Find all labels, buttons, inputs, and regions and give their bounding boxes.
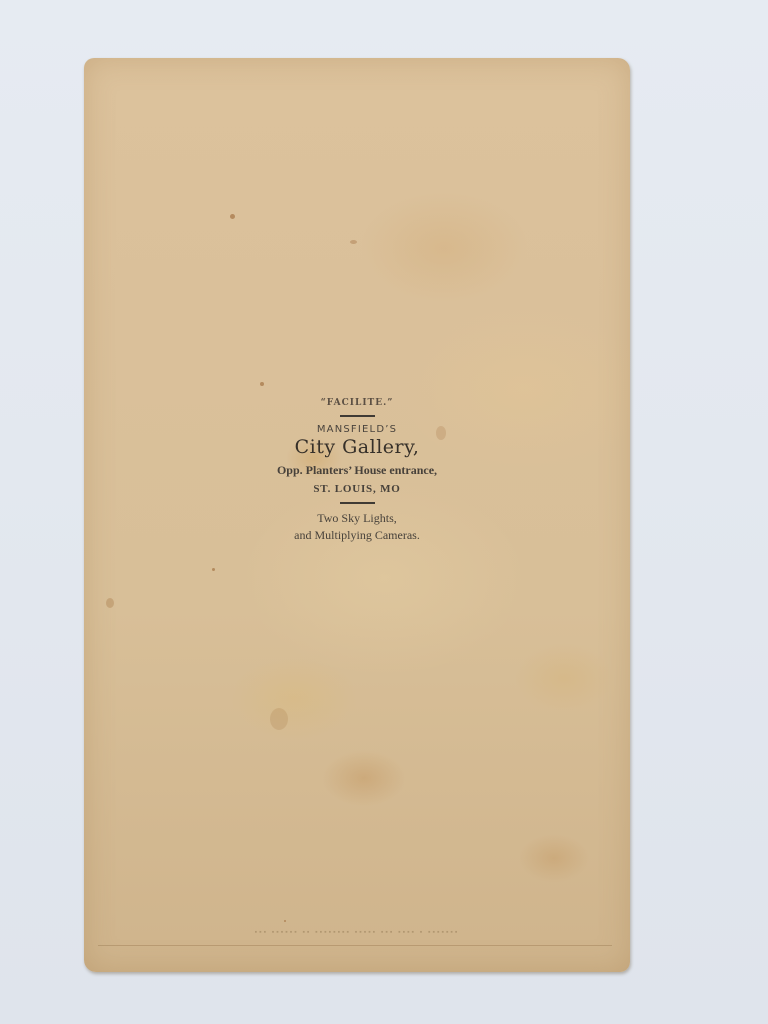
divider-rule (340, 502, 375, 504)
foxing-stain (270, 708, 288, 730)
studio-address: Opp. Planters’ House entrance, (84, 463, 630, 478)
foxing-stain (212, 568, 215, 571)
cdv-card-back: “FACILITE.” MANSFIELD’S City Gallery, Op… (84, 58, 630, 972)
photographer-imprint: “FACILITE.” MANSFIELD’S City Gallery, Op… (84, 398, 630, 543)
feature-line-1: Two Sky Lights, (84, 511, 630, 526)
foxing-stain (284, 920, 286, 922)
faded-footer-imprint: ▪▪▪ ▪▪▪▪▪▪ ▪▪ ▪▪▪▪▪▪▪▪ ▪▪▪▪▪ ▪▪▪ ▪▪▪▪ ▪ … (114, 928, 600, 936)
foxing-stain (350, 240, 357, 244)
divider-rule (340, 415, 375, 417)
feature-line-2: and Multiplying Cameras. (84, 528, 630, 543)
studio-motto: “FACILITE.” (84, 398, 630, 408)
foxing-stain (230, 214, 235, 219)
studio-owner: MANSFIELD’S (84, 424, 630, 435)
foxing-stain (106, 598, 114, 608)
studio-city: ST. LOUIS, MO (84, 483, 630, 495)
foxing-stain (260, 382, 264, 386)
studio-name: City Gallery, (84, 436, 630, 458)
